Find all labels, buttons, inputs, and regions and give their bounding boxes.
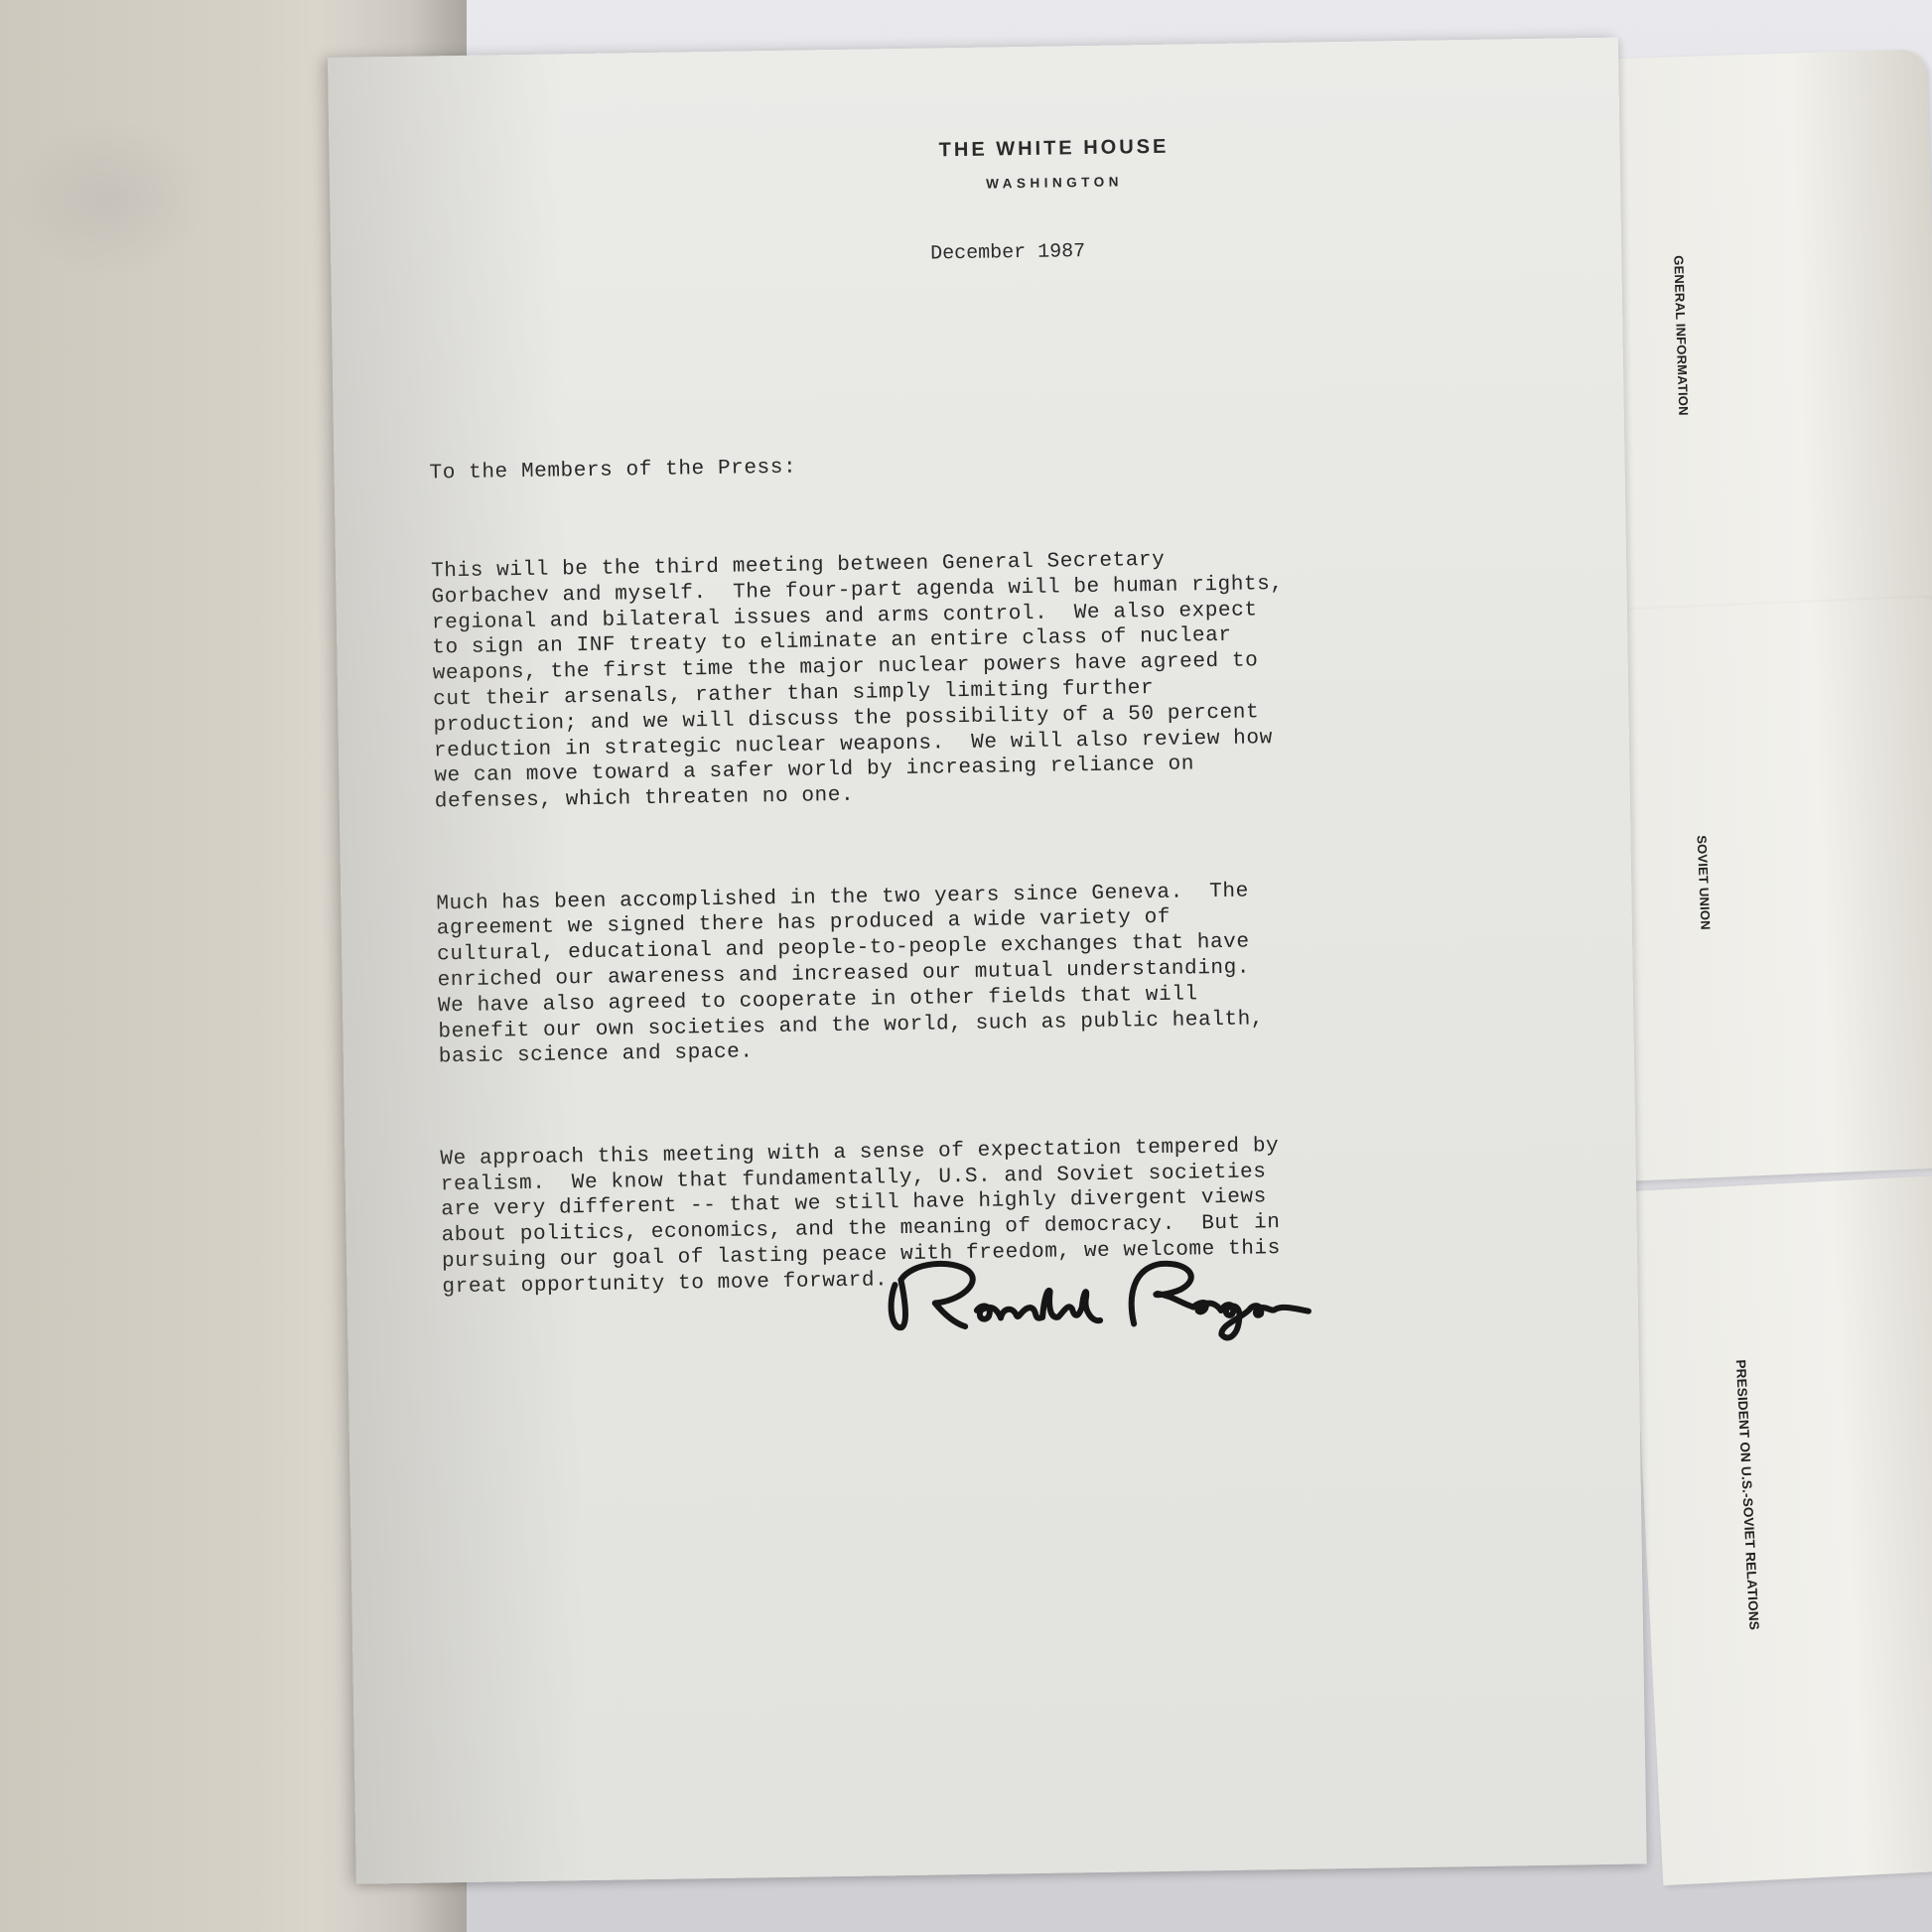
- tab-label: SOVIET UNION: [1695, 835, 1714, 930]
- letterhead-title: THE WHITE HOUSE: [408, 127, 1699, 170]
- paragraph-1: This will be the third meeting between G…: [431, 542, 1567, 816]
- paragraph-2: Much has been accomplished in the two ye…: [436, 874, 1571, 1070]
- letter-body: To the Members of the Press: This will b…: [429, 392, 1576, 1377]
- letter-page: THE WHITE HOUSE WASHINGTON December 1987…: [328, 38, 1647, 1884]
- letter-date: December 1987: [331, 232, 1621, 275]
- show-through-seal: [10, 119, 208, 278]
- salutation: To the Members of the Press:: [429, 443, 1561, 486]
- tab-soviet-union[interactable]: SOVIET UNION: [1608, 597, 1932, 1181]
- signature-icon: Ronald Reagan: [873, 1243, 1331, 1359]
- tab-president-on-us-soviet-relations[interactable]: PRESIDENT ON U.S.-SOVIET RELATIONS: [1628, 1174, 1932, 1885]
- tab-label: GENERAL INFORMATION: [1671, 255, 1691, 416]
- letterhead-city: WASHINGTON: [409, 165, 1700, 200]
- tab-label: PRESIDENT ON U.S.-SOVIET RELATIONS: [1733, 1359, 1762, 1630]
